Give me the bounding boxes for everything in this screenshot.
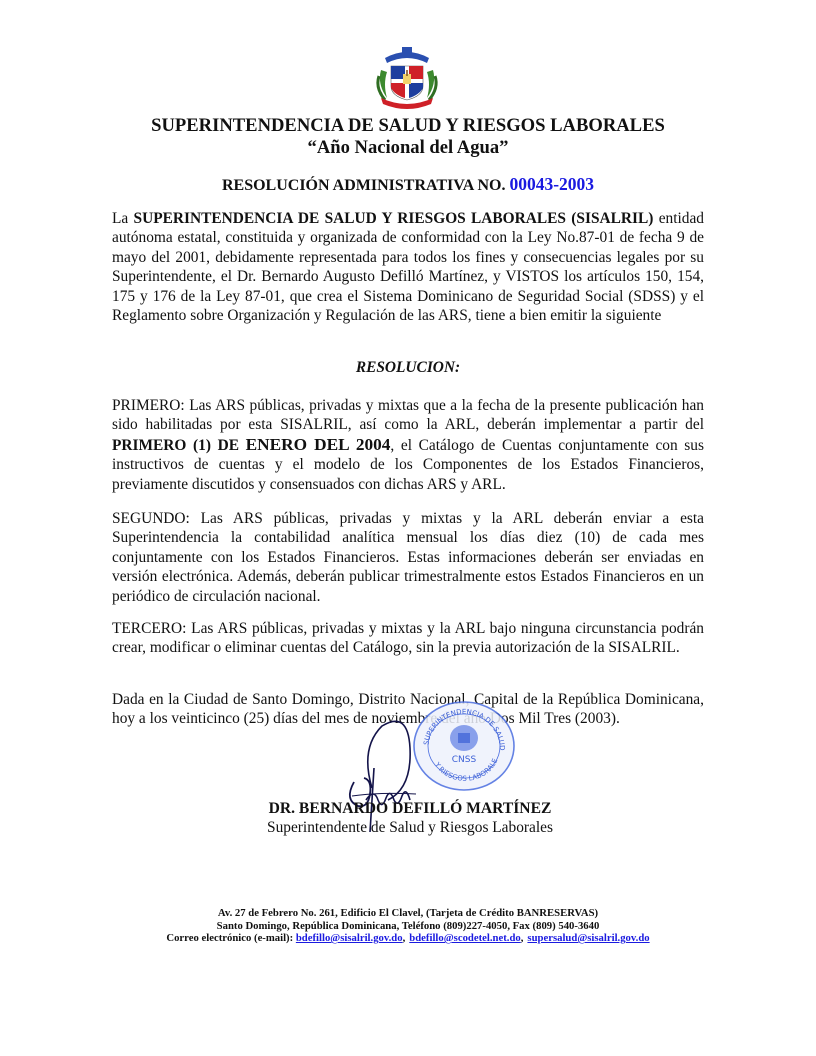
resolution-heading: RESOLUCIÓN ADMINISTRATIVA NO. 00043-2003 xyxy=(0,174,816,195)
signer-title: Superintendente de Salud y Riesgos Labor… xyxy=(0,819,816,837)
footer-contact: Av. 27 de Febrero No. 261, Edificio El C… xyxy=(0,907,816,945)
email-link-bdefillo-sisalril[interactable]: bdefillo@sisalril.gov.do xyxy=(296,932,403,944)
resolution-number: 00043-2003 xyxy=(509,174,594,194)
preamble-paragraph: La SUPERINTENDENCIA DE SALUD Y RIESGOS L… xyxy=(112,209,704,325)
organization-name-bold: SUPERINTENDENCIA DE SALUD Y RIESGOS LABO… xyxy=(134,210,654,227)
email-link-bdefillo-scodetel[interactable]: bdefillo@scodetel.net.do xyxy=(409,932,520,944)
primero-text-before: PRIMERO: Las ARS públicas, privadas y mi… xyxy=(112,397,704,433)
primero-date-emphasis: ENERO DEL 2004 xyxy=(246,435,391,454)
footer-emails: Correo electrónico (e-mail): bdefillo@si… xyxy=(0,932,816,945)
document-page: SUPERINTENDENCIA DE SALUD Y RIESGOS LABO… xyxy=(0,0,816,1056)
resolution-label: RESOLUCIÓN ADMINISTRATIVA NO. xyxy=(222,177,509,194)
primero-date-prefix: PRIMERO (1) DE xyxy=(112,437,246,454)
organization-title: SUPERINTENDENCIA DE SALUD Y RIESGOS LABO… xyxy=(0,115,816,137)
footer-address: Av. 27 de Febrero No. 261, Edificio El C… xyxy=(0,907,816,920)
email-label: Correo electrónico (e-mail): xyxy=(166,932,295,944)
footer-city-phone: Santo Domingo, República Dominicana, Tel… xyxy=(0,920,816,933)
signer-name: DR. BERNARDO DEFILLÓ MARTÍNEZ xyxy=(0,800,816,818)
seal-center-text: CNSS xyxy=(452,755,477,765)
preamble-text: entidad autónoma estatal, constituida y … xyxy=(112,210,704,324)
coat-of-arms-icon xyxy=(371,44,443,110)
article-tercero: TERCERO: Las ARS públicas, privadas y mi… xyxy=(112,619,704,658)
article-primero: PRIMERO: Las ARS públicas, privadas y mi… xyxy=(112,396,704,494)
email-link-supersalud[interactable]: supersalud@sisalril.gov.do xyxy=(527,932,649,944)
article-segundo: SEGUNDO: Las ARS públicas, privadas y mi… xyxy=(112,509,704,606)
year-motto: “Año Nacional del Agua” xyxy=(0,137,816,159)
resolution-section-heading: RESOLUCION: xyxy=(0,359,816,377)
preamble-lead: La xyxy=(112,210,134,227)
